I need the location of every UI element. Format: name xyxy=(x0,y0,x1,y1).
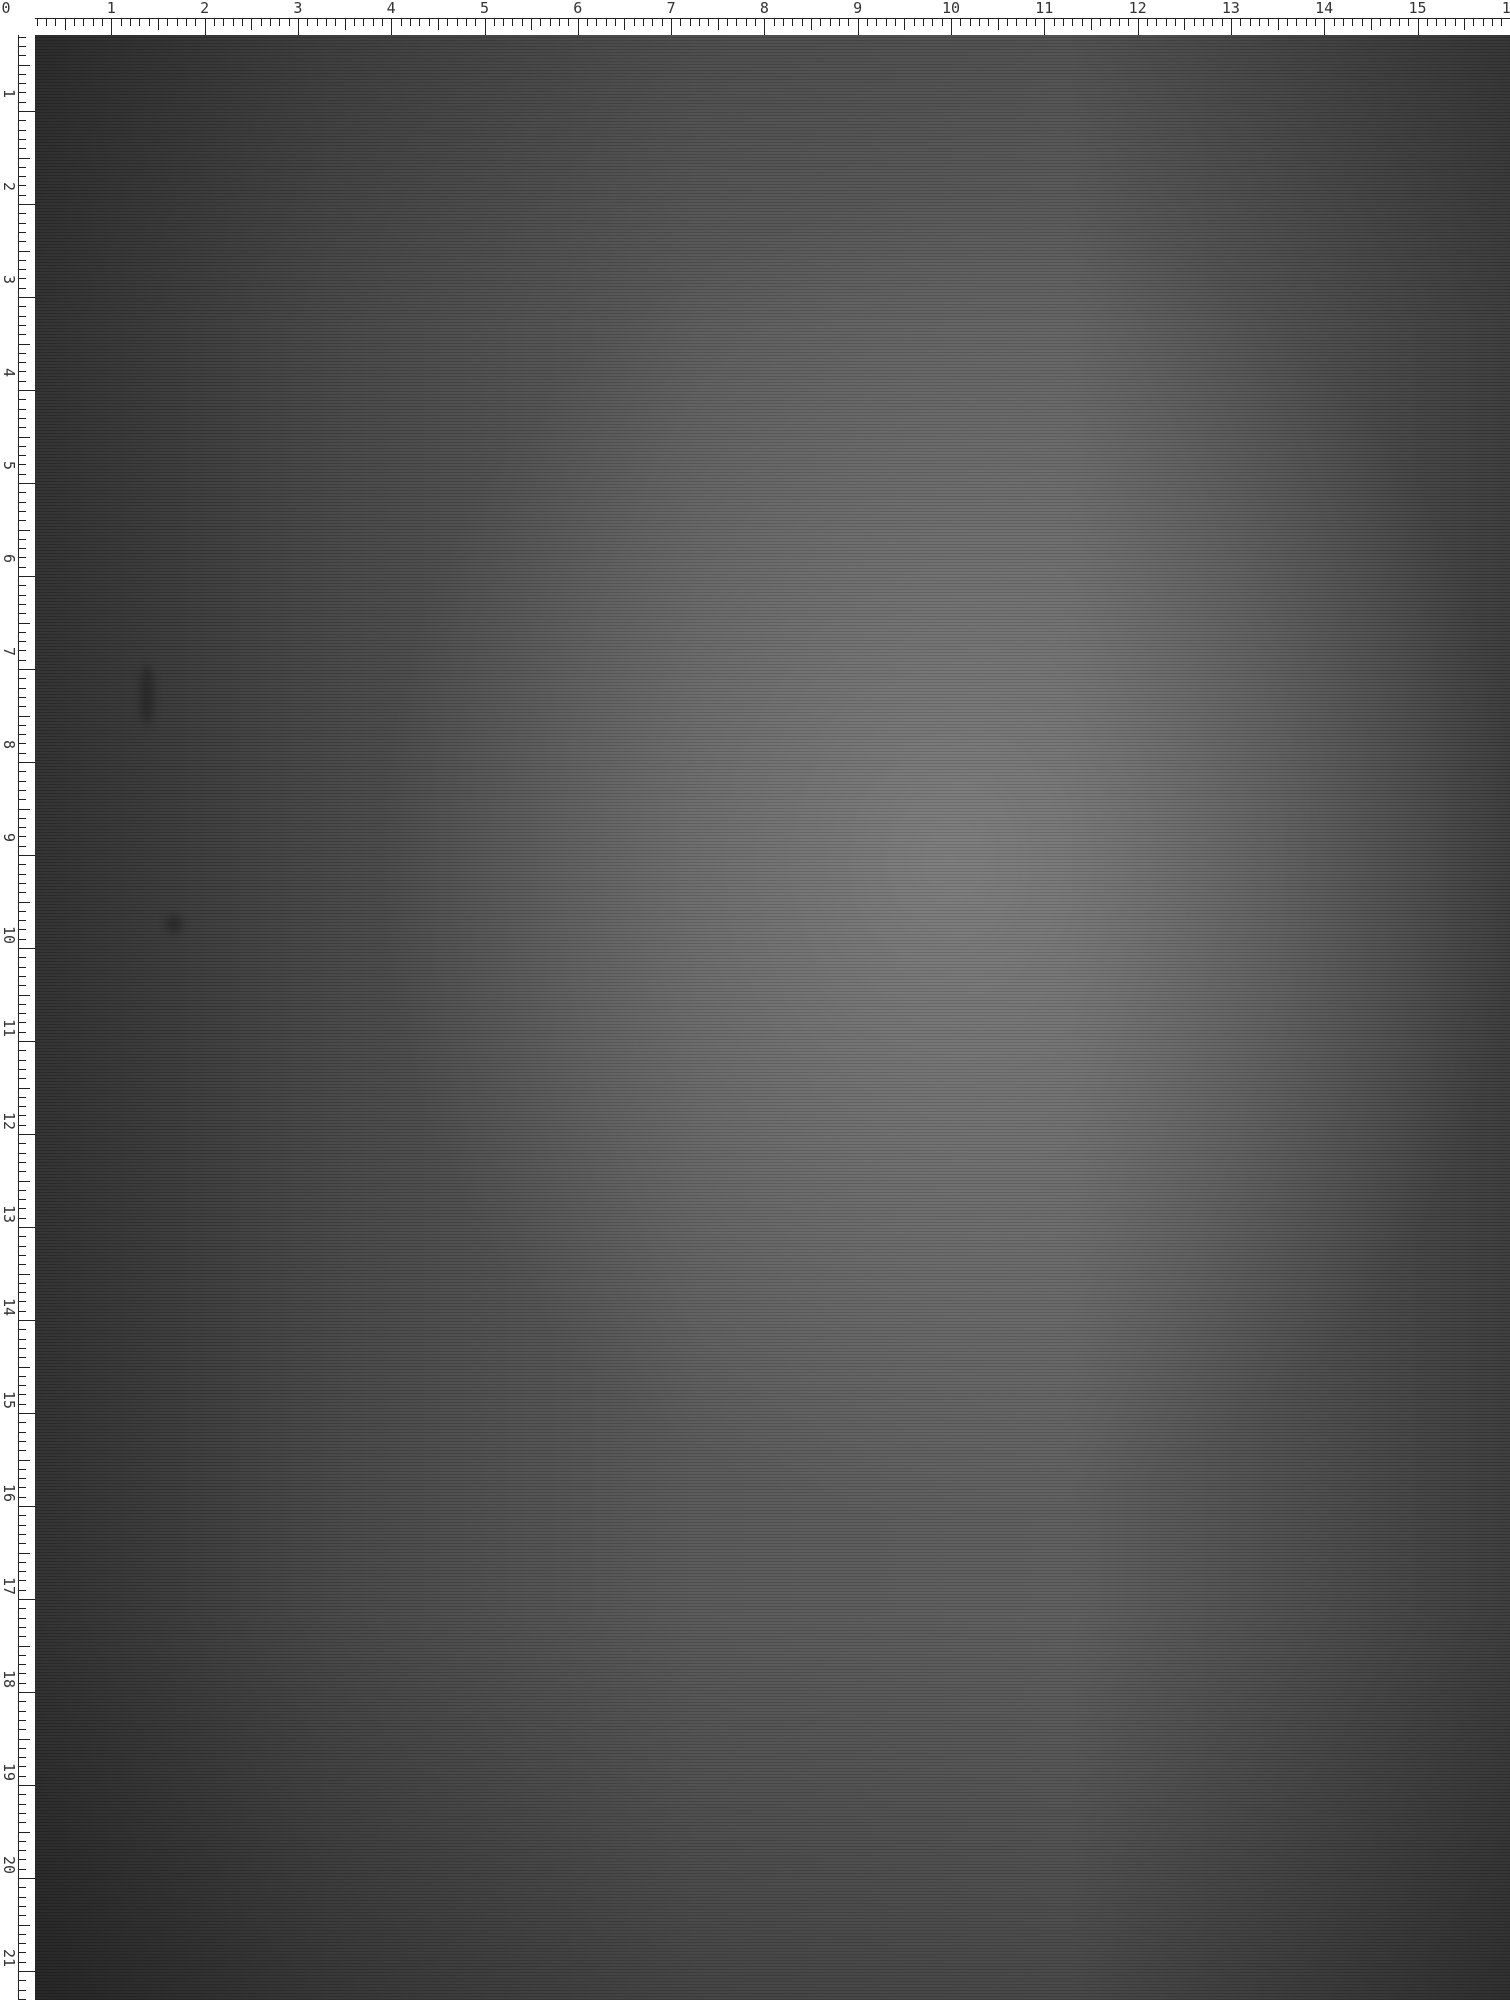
ruler-tick xyxy=(18,920,26,921)
ruler-tick xyxy=(18,418,26,419)
ruler-tick xyxy=(1259,18,1260,26)
ruler-top-label: 7 xyxy=(667,0,676,16)
ruler-tick xyxy=(18,1236,26,1237)
ruler-tick xyxy=(18,1804,26,1805)
ruler-tick xyxy=(18,641,26,642)
ruler-tick xyxy=(18,1311,26,1312)
ruler-top: 12345678910111213141516 xyxy=(0,0,1510,35)
ruler-tick xyxy=(18,809,30,810)
ruler-tick xyxy=(18,948,35,949)
ruler-tick xyxy=(18,985,26,986)
ruler-tick xyxy=(512,18,513,26)
ruler-tick xyxy=(559,18,560,26)
ruler-tick xyxy=(839,18,840,26)
ruler-tick xyxy=(55,18,56,26)
ruler-tick xyxy=(522,18,523,26)
ruler-tick xyxy=(18,743,26,744)
ruler-tick xyxy=(289,18,290,26)
ruler-tick xyxy=(18,669,35,670)
ruler-tick xyxy=(18,1646,30,1647)
ruler-tick xyxy=(261,18,262,26)
ruler-tick xyxy=(18,1934,26,1935)
ruler-tick xyxy=(1287,18,1288,26)
ruler-tick xyxy=(37,18,38,26)
ruler-tick xyxy=(18,399,26,400)
ruler-tick xyxy=(18,660,26,661)
ruler-tick xyxy=(83,18,84,26)
ruler-top-label: 15 xyxy=(1408,0,1426,16)
ruler-tick xyxy=(1464,18,1465,30)
ruler-tick xyxy=(429,18,430,26)
ruler-left-label: 15 xyxy=(2,1391,16,1409)
ruler-tick xyxy=(18,1246,26,1247)
ruler-tick xyxy=(18,1887,26,1888)
ruler-tick xyxy=(111,18,112,35)
ruler-tick xyxy=(596,18,597,26)
ruler-tick xyxy=(18,306,26,307)
ruler-top-label: 14 xyxy=(1315,0,1333,16)
ruler-tick xyxy=(18,130,26,131)
ruler-top-label: 6 xyxy=(573,0,582,16)
ruler-tick xyxy=(18,1729,26,1730)
ruler-tick xyxy=(18,1739,30,1740)
ruler-tick xyxy=(615,18,616,26)
ruler-tick xyxy=(18,1720,26,1721)
ruler-tick xyxy=(382,18,383,26)
ruler-tick xyxy=(18,1664,26,1665)
ruler-tick xyxy=(326,18,327,26)
ruler-tick xyxy=(802,18,803,26)
ruler-tick xyxy=(1119,18,1120,26)
ruler-tick xyxy=(18,1525,26,1526)
ruler-tick xyxy=(18,1990,26,1991)
ruler-tick xyxy=(18,446,26,447)
ruler-left-label: 2 xyxy=(2,182,16,191)
ruler-tick xyxy=(1296,18,1297,26)
ruler-tick xyxy=(18,232,26,233)
ruler-tick xyxy=(18,874,26,875)
ruler-tick xyxy=(18,223,26,224)
ruler-tick xyxy=(18,1385,26,1386)
ruler-tick xyxy=(606,18,607,26)
ruler-tick xyxy=(65,18,66,30)
ruler-tick xyxy=(18,1971,35,1972)
ruler-tick xyxy=(18,437,30,438)
ruler-tick xyxy=(1380,18,1381,26)
ruler-tick xyxy=(18,1822,26,1823)
ruler-tick xyxy=(895,18,896,26)
ruler-tick xyxy=(18,902,30,903)
ruler-tick xyxy=(1156,18,1157,26)
ruler-tick xyxy=(18,1106,26,1107)
ruler-tick xyxy=(932,18,933,26)
ruler-tick xyxy=(671,18,672,35)
ruler-tick xyxy=(18,390,35,391)
ruler-tick xyxy=(18,1785,35,1786)
ruler-tick xyxy=(18,1060,26,1061)
ruler-tick xyxy=(18,929,26,930)
ruler-tick xyxy=(317,18,318,26)
ruler-tick xyxy=(1166,18,1167,26)
ruler-tick xyxy=(18,1348,26,1349)
ruler-tick xyxy=(18,1432,26,1433)
ruler-tick xyxy=(914,18,915,26)
ruler-tick xyxy=(1501,18,1502,26)
ruler-tick xyxy=(1473,18,1474,26)
ruler-tick xyxy=(18,1125,26,1126)
ruler-tick xyxy=(18,269,26,270)
ruler-tick xyxy=(587,18,588,26)
ruler-tick xyxy=(18,585,26,586)
ruler-tick xyxy=(18,530,30,531)
ruler-tick xyxy=(18,1088,30,1089)
ruler-left-label: 12 xyxy=(2,1112,16,1130)
ruler-tick xyxy=(18,892,26,893)
ruler-tick xyxy=(18,1869,26,1870)
ruler-tick xyxy=(18,753,26,754)
ruler-tick xyxy=(18,251,30,252)
ruler-tick xyxy=(18,650,26,651)
ruler-tick xyxy=(18,1004,26,1005)
ruler-tick xyxy=(18,520,26,521)
ruler-tick xyxy=(1054,18,1055,26)
ruler-tick xyxy=(177,18,178,26)
ruler-tick xyxy=(18,1404,26,1405)
ruler-tick xyxy=(18,846,26,847)
ruler-tick xyxy=(18,1748,26,1749)
ruler-tick xyxy=(1343,18,1344,26)
ruler-tick xyxy=(18,120,26,121)
ruler-tick xyxy=(1445,18,1446,26)
ruler-tick xyxy=(1082,18,1083,26)
ruler-tick xyxy=(18,1078,26,1079)
ruler-tick xyxy=(18,1292,26,1293)
ink-stain xyxy=(140,665,154,725)
ruler-tick xyxy=(1175,18,1176,26)
ruler-tick xyxy=(1436,18,1437,26)
ruler-tick xyxy=(18,1832,30,1833)
ruler-tick xyxy=(867,18,868,26)
ruler-tick xyxy=(18,92,26,93)
ruler-tick xyxy=(820,18,821,26)
ruler-tick xyxy=(18,790,26,791)
ruler-tick xyxy=(251,18,252,30)
ruler-tick xyxy=(18,827,26,828)
ruler-tick xyxy=(1418,18,1419,35)
ruler-tick xyxy=(1399,18,1400,26)
ruler-tick xyxy=(18,539,26,540)
ruler-tick xyxy=(18,502,26,503)
ruler-tick xyxy=(18,1013,26,1014)
ruler-top-label: 3 xyxy=(293,0,302,16)
ruler-tick xyxy=(18,1701,26,1702)
ruler-tick xyxy=(1072,18,1073,26)
ruler-tick xyxy=(1427,18,1428,26)
ruler-tick xyxy=(1100,18,1101,26)
ruler-tick xyxy=(18,1859,26,1860)
ruler-tick xyxy=(335,18,336,26)
ruler-tick xyxy=(18,1069,26,1070)
ruler-tick xyxy=(755,18,756,26)
ruler-tick xyxy=(18,818,26,819)
ruler-tick xyxy=(18,1320,35,1321)
ruler-tick xyxy=(624,18,625,30)
ink-stain xyxy=(165,915,183,933)
ruler-tick xyxy=(18,511,26,512)
ruler-tick xyxy=(531,18,532,30)
ruler-tick xyxy=(1035,18,1036,26)
ruler-tick xyxy=(18,278,26,279)
ruler-tick xyxy=(578,18,579,35)
ruler-tick xyxy=(18,1274,30,1275)
ruler-tick xyxy=(18,1283,26,1284)
ruler-tick xyxy=(18,371,26,372)
ruler-tick xyxy=(18,74,26,75)
ruler-tick xyxy=(18,1553,30,1554)
ruler-tick xyxy=(18,1143,26,1144)
ruler-tick xyxy=(18,185,26,186)
ruler-tick xyxy=(186,18,187,26)
ruler-tick xyxy=(279,18,280,26)
ruler-left-label: 6 xyxy=(2,554,16,563)
ruler-tick xyxy=(18,241,26,242)
ruler-tick xyxy=(1362,18,1363,26)
ruler-tick xyxy=(18,864,26,865)
ruler-tick xyxy=(102,18,103,26)
ruler-tick xyxy=(18,799,26,800)
ruler-tick xyxy=(18,176,26,177)
ruler-tick xyxy=(18,213,26,214)
ruler-tick xyxy=(18,1208,26,1209)
ruler-tick xyxy=(699,18,700,26)
ruler-tick xyxy=(18,716,30,717)
ruler-tick xyxy=(1212,18,1213,26)
ruler-left-label: 18 xyxy=(2,1670,16,1688)
ruler-tick xyxy=(18,1515,26,1516)
ruler-tick xyxy=(18,204,35,205)
ruler-left-label: 3 xyxy=(2,275,16,284)
ruler-tick xyxy=(662,18,663,26)
manuscript-image xyxy=(35,35,1510,2000)
ruler-tick xyxy=(1334,18,1335,26)
ruler-tick xyxy=(1268,18,1269,26)
ruler-tick xyxy=(18,1608,26,1609)
ruler-tick xyxy=(18,1097,26,1098)
ruler-left-label: 11 xyxy=(2,1019,16,1037)
ruler-tick xyxy=(410,18,411,26)
ruler-tick xyxy=(18,1757,26,1758)
ruler-tick xyxy=(18,334,26,335)
ruler-tick xyxy=(18,1711,26,1712)
ruler-tick xyxy=(345,18,346,30)
ruler-tick xyxy=(18,632,26,633)
ruler-tick xyxy=(1063,18,1064,26)
ruler-tick xyxy=(1492,18,1493,26)
ruler-tick xyxy=(242,18,243,26)
ruler-tick xyxy=(18,604,26,605)
ruler-tick xyxy=(1044,18,1045,35)
ruler-tick xyxy=(18,1329,26,1330)
ruler-tick xyxy=(363,18,364,26)
ruler-tick xyxy=(18,567,26,568)
ruler-tick xyxy=(18,1543,26,1544)
ruler-tick xyxy=(18,1394,26,1395)
ruler-tick xyxy=(18,1766,26,1767)
ruler-tick xyxy=(18,1497,26,1498)
ruler-tick xyxy=(18,1339,26,1340)
ruler-left-label: 5 xyxy=(2,461,16,470)
ruler-tick xyxy=(270,18,271,26)
ruler-tick xyxy=(18,883,26,884)
ruler-left-label: 7 xyxy=(2,647,16,656)
ruler-tick xyxy=(18,288,26,289)
ruler-tick xyxy=(18,1915,26,1916)
ruler-tick xyxy=(18,976,26,977)
ruler-tick xyxy=(550,18,551,26)
ruler-tick xyxy=(1147,18,1148,26)
ruler-tick xyxy=(93,18,94,26)
ruler-left-label: 21 xyxy=(2,1949,16,1967)
ruler-tick xyxy=(485,18,486,35)
ruler-tick xyxy=(46,18,47,26)
ruler-tick xyxy=(18,1255,26,1256)
ruler-tick xyxy=(18,474,26,475)
ruler-tick xyxy=(18,1683,26,1684)
ruler-tick xyxy=(1324,18,1325,35)
ruler-tick xyxy=(18,967,26,968)
ruler-tick xyxy=(979,18,980,26)
ruler-tick xyxy=(205,18,206,35)
ruler-tick xyxy=(18,409,26,410)
ruler-top-label: 9 xyxy=(853,0,862,16)
ruler-origin-label: 0 xyxy=(1,0,10,16)
ruler-tick xyxy=(18,1794,26,1795)
ruler-tick xyxy=(904,18,905,30)
ruler-tick xyxy=(447,18,448,26)
ruler-tick xyxy=(74,18,75,26)
ruler-tick xyxy=(18,1636,26,1637)
ruler-tick xyxy=(18,1227,35,1228)
ruler-tick xyxy=(774,18,775,26)
ruler-tick xyxy=(18,353,26,354)
ruler-tick xyxy=(18,1301,26,1302)
ruler-tick xyxy=(18,102,26,103)
ruler-tick xyxy=(736,18,737,26)
ruler-tick xyxy=(494,18,495,26)
ruler-tick xyxy=(18,1813,26,1814)
ruler-top-label: 5 xyxy=(480,0,489,16)
ruler-tick xyxy=(18,1655,26,1656)
ruler-tick xyxy=(18,1673,26,1674)
ruler-tick xyxy=(18,167,26,168)
ruler-tick xyxy=(18,1469,26,1470)
ruler-tick xyxy=(1184,18,1185,30)
ruler-tick xyxy=(960,18,961,26)
ruler-tick xyxy=(540,18,541,26)
ruler-top-label: 4 xyxy=(387,0,396,16)
ruler-tick xyxy=(18,576,35,577)
ruler-left-label: 9 xyxy=(2,833,16,842)
ruler-tick xyxy=(18,1022,26,1023)
ruler-tick xyxy=(438,18,439,30)
ruler-tick xyxy=(195,18,196,26)
ruler-tick xyxy=(18,688,26,689)
ruler-tick xyxy=(727,18,728,26)
ruler-tick xyxy=(18,455,26,456)
ruler-tick xyxy=(886,18,887,26)
ruler-tick xyxy=(18,1041,35,1042)
ruler-tick xyxy=(1231,18,1232,35)
ruler-tick xyxy=(18,1590,26,1591)
ruler-tick xyxy=(121,18,122,26)
ruler-left-label: 14 xyxy=(2,1298,16,1316)
ruler-tick xyxy=(1016,18,1017,26)
ruler-tick xyxy=(18,427,26,428)
ruler-left-label: 8 xyxy=(2,740,16,749)
ruler-tick xyxy=(18,1571,26,1572)
ruler-tick xyxy=(158,18,159,30)
ruler-tick xyxy=(1026,18,1027,26)
ruler-top-label: 8 xyxy=(760,0,769,16)
ruler-tick xyxy=(18,1162,26,1163)
ruler-tick xyxy=(18,762,35,763)
ruler-tick xyxy=(18,595,26,596)
ruler-tick xyxy=(18,1367,30,1368)
ruler-tick xyxy=(1007,18,1008,26)
ruler-tick xyxy=(18,836,26,837)
ruler-tick xyxy=(18,1171,26,1172)
ruler-tick xyxy=(18,1841,26,1842)
ruler-tick xyxy=(466,18,467,26)
ruler-left-label: 4 xyxy=(2,368,16,377)
ruler-tick xyxy=(18,1199,26,1200)
ruler-tick xyxy=(167,18,168,26)
ruler-left-label: 13 xyxy=(2,1205,16,1223)
ruler-tick xyxy=(1352,18,1353,26)
ruler-tick xyxy=(764,18,765,35)
ruler-tick xyxy=(1194,18,1195,26)
ruler-tick xyxy=(634,18,635,26)
ruler-tick xyxy=(680,18,681,26)
ruler-tick xyxy=(18,1115,26,1116)
ruler-tick xyxy=(18,1487,26,1488)
ruler-left-label: 1 xyxy=(2,89,16,98)
ruler-tick xyxy=(858,18,859,35)
ruler-tick xyxy=(923,18,924,26)
ruler-tick xyxy=(18,1599,35,1600)
ruler-tick xyxy=(18,1357,26,1358)
ruler-tick xyxy=(18,297,35,298)
ruler-tick xyxy=(1315,18,1316,26)
ruler-tick xyxy=(18,725,26,726)
ruler-tick xyxy=(1483,18,1484,26)
ruler-tick xyxy=(18,1952,26,1953)
ruler-tick xyxy=(18,781,26,782)
ruler-tick xyxy=(475,18,476,26)
ruler-tick xyxy=(18,1450,26,1451)
ruler-tick xyxy=(18,195,26,196)
ruler-tick xyxy=(1240,18,1241,26)
ruler-tick xyxy=(457,18,458,26)
ruler-tick xyxy=(503,18,504,26)
ruler-tick xyxy=(18,1850,26,1851)
ruler-top-label: 11 xyxy=(1035,0,1053,16)
ruler-tick xyxy=(373,18,374,26)
ruler-tick xyxy=(18,1618,26,1619)
ruler-tick xyxy=(139,18,140,26)
ruler-tick xyxy=(811,18,812,30)
ruler-tick xyxy=(18,957,26,958)
